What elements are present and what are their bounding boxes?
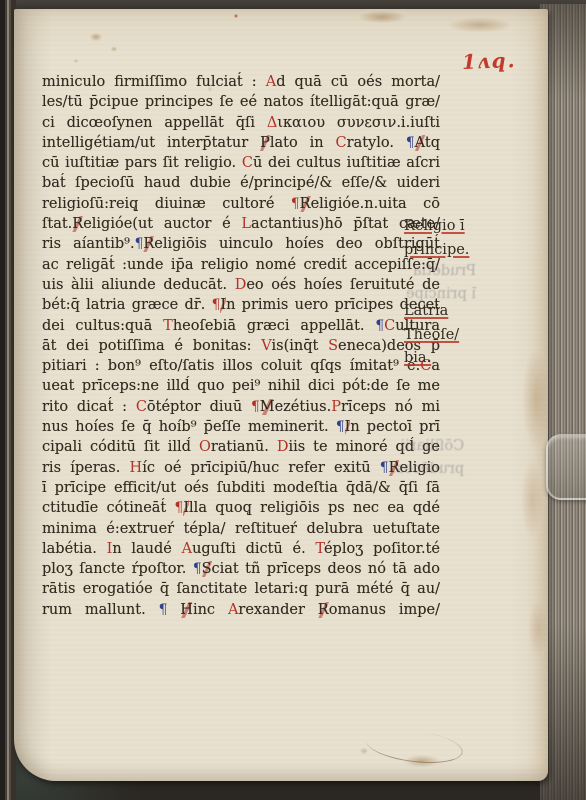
text-segment: V — [261, 338, 271, 354]
text-segment: R — [389, 460, 400, 476]
text-line: bat́ ſpecioſū haud dubie é/principé/& eſ… — [42, 173, 440, 193]
margin-note-line: bia. — [404, 347, 459, 371]
text-line: ris aíantib⁹.¶Religiōis uinculo hoíes de… — [42, 234, 440, 254]
text-segment: P — [331, 399, 341, 415]
text-line: ī prīcipe efficit/ut oés ſubditi modeſti… — [42, 478, 440, 498]
text-line: religioſū:reiq̨ diuinæ cultoré ¶Religióe… — [42, 194, 440, 214]
text-segment: C — [336, 135, 347, 151]
text-line: les/tū p̄cipue principes ſe eé natos íte… — [42, 92, 440, 112]
pilcrow-mark: ¶ — [291, 196, 300, 212]
text-line: intelligétiam/ut interp̄tatur Plato in C… — [42, 133, 440, 153]
text-segment: A — [182, 541, 192, 557]
text-segment: uis àlii aliunde deducāt. — [42, 277, 235, 293]
text-segment: lato in — [270, 135, 336, 151]
text-segment: D — [235, 277, 247, 293]
pilcrow-mark: ¶ — [135, 236, 144, 252]
text-line: ploʒ ſancte ŕpoſtor. ¶Sciat tñ prīceps d… — [42, 559, 440, 579]
text-segment: ris aíantib⁹. — [42, 236, 135, 252]
text-segment: ctitudīe cótineāt́ — [42, 500, 175, 516]
pilcrow-mark: ¶ — [193, 561, 202, 577]
text-line: bét:q̄ latria græce dr̄. ¶In primis uero… — [42, 295, 440, 315]
text-segment: is(inq̄t — [272, 338, 329, 354]
text-segment: íc oé prīcipiū/huc refer exitū — [142, 460, 380, 476]
text-line: nus hoíes ſe q̄ hoíb⁹ p̄eſſe meminerit. … — [42, 417, 440, 437]
text-segment: ſtat. — [42, 216, 72, 232]
text-segment: eligióe.n.uita cō — [311, 196, 440, 212]
text-segment: P — [260, 135, 270, 151]
text-segment: rīceps nó mi — [341, 399, 440, 415]
text-segment: ōtéptor diuū — [147, 399, 251, 415]
pilcrow-mark: ¶ — [406, 135, 415, 151]
text-segment: ū dei cultus iuſtitiæ aſcri — [253, 155, 440, 171]
text-segment: omanus impe/ — [329, 602, 440, 618]
text-segment: cū iuſtitiæ pars ſit religio. — [42, 155, 242, 171]
text-segment: R — [318, 602, 329, 618]
text-segment: éploʒ poſitor.té — [324, 541, 440, 557]
text-line: miniculo firmiſſimo fulciat́ : Ad quā cū… — [42, 72, 440, 92]
margin-note-line: principe. — [404, 239, 469, 263]
text-segment: eo oés hoíes ſeruituté de — [246, 277, 440, 293]
text-segment: S — [328, 338, 338, 354]
text-segment: labétia. — [42, 541, 107, 557]
text-segment: eligióe(ut auctor é — [83, 216, 241, 232]
text-block: miniculo firmiſſimo fulciat́ : Ad quā cū… — [42, 72, 440, 620]
text-segment: n pectoī prī — [350, 419, 440, 435]
text-segment: dei cultus:quā — [42, 318, 163, 334]
bottom-stain-crack — [364, 725, 464, 768]
text-segment: ī prīcipe efficit/ut oés ſubditi modeſti… — [42, 480, 440, 496]
margin-note-line: Latria — [404, 300, 459, 324]
text-line: ac religāt́ :unde ip̄a religio nomé cred… — [42, 255, 440, 275]
text-segment: rum mallunt. — [42, 602, 159, 618]
margin-note-line: Theoſe/ — [404, 324, 459, 348]
text-segment: A — [415, 135, 425, 151]
text-segment: ris íperas. — [42, 460, 130, 476]
text-segment: cipali códitū ſit illd́ — [42, 439, 199, 455]
text-line: rātis erogatióe q̄ ſanctitate letari:q p… — [42, 579, 440, 599]
pilcrow-mark: ¶ — [251, 399, 260, 415]
folio-number: 1ʌq. — [462, 48, 517, 74]
text-segment: C — [136, 399, 147, 415]
pilcrow-mark: ¶ — [336, 419, 345, 435]
text-segment: L — [241, 216, 251, 232]
text-line: uis àlii aliunde deducāt. Deo oés hoíes … — [42, 275, 440, 295]
text-segment: A — [266, 74, 276, 90]
text-segment: ratylo. — [347, 135, 406, 151]
text-segment — [167, 602, 180, 618]
text-segment: C — [242, 155, 253, 171]
text-line: ctitudīe cótineāt́ ¶Illa quoq̨ religiōis… — [42, 498, 440, 518]
pilcrow-mark: ¶ — [175, 500, 184, 516]
text-line: dei cultus:quā Theoſebiā græci appellāt.… — [42, 316, 440, 336]
text-segment: R — [72, 216, 83, 232]
text-line: labétia. In laudé Auguſti dictū é. Téplo… — [42, 539, 440, 559]
text-segment: ciat tñ prīceps deos nó tā ado — [212, 561, 440, 577]
pilcrow-mark: ¶ — [380, 460, 389, 476]
page-holder-clip — [546, 434, 586, 500]
text-segment: bét:q̄ latria græce dr̄. — [42, 297, 212, 313]
text-segment: ac religāt́ :unde ip̄a religio nomé cred… — [42, 257, 440, 273]
text-segment: D — [277, 439, 289, 455]
text-segment: C — [384, 318, 395, 334]
manuscript-page: 1ʌq. miniculo firmiſſimo fulciat́ : Ad q… — [14, 9, 548, 781]
text-segment: religioſū:reiq̨ diuinæ cultoré — [42, 196, 291, 212]
text-segment: les/tū p̄cipue principes ſe eé natos íte… — [42, 94, 440, 110]
text-segment: T — [315, 541, 324, 557]
text-segment: A — [228, 602, 238, 618]
text-segment: T — [163, 318, 173, 334]
text-segment: ratianū. — [211, 439, 277, 455]
text-segment: R — [143, 236, 154, 252]
book-photo: 1ʌq. miniculo firmiſſimo fulciat́ : Ad q… — [0, 0, 586, 800]
text-line: ris íperas. Híc oé prīcipiū/huc refer ex… — [42, 458, 440, 478]
text-segment: minima é:extrueŕ tépla/ reſtitueŕ delubr… — [42, 521, 440, 537]
text-segment: heoſebiā græci appellāt. — [173, 318, 376, 334]
text-segment: eligio — [399, 460, 440, 476]
text-segment: nus hoíes ſe q̄ hoíb⁹ p̄eſſe meminerit. — [42, 419, 336, 435]
text-line: āt dei potiſſima é bonitas: Vis(inq̄t Se… — [42, 336, 440, 356]
text-segment: inc — [193, 602, 228, 618]
text-line: ſtat.Religióe(ut auctor é Lactantius)hō … — [42, 214, 440, 234]
text-segment: d quā cū oés morta/ — [276, 74, 440, 90]
text-segment: intelligétiam/ut interp̄tatur — [42, 135, 260, 151]
text-segment: M — [260, 399, 275, 415]
text-segment: tq — [425, 135, 440, 151]
text-segment: iis te minoré qd́ ge — [288, 439, 440, 455]
text-segment: eligiōis uinculo hoíes deo obſtrigūt́ — [154, 236, 440, 252]
text-segment: lla quoq̨ religiōis ps nec ea qdé — [189, 500, 440, 516]
text-line: cū iuſtitiæ pars ſit religio. Cū dei cul… — [42, 153, 440, 173]
text-segment: rexander — [238, 602, 317, 618]
text-line: pitiari : bon⁹ eſto/ſatis illos coluit q… — [42, 356, 440, 376]
text-segment: bat́ ſpecioſū haud dubie é/principé/& eſ… — [42, 175, 440, 191]
text-segment: H — [180, 602, 193, 618]
text-segment: ploʒ ſancte ŕpoſtor. — [42, 561, 193, 577]
text-line: ci dicœoſynen appellāt q̄ſi Δικαιου συνε… — [42, 113, 440, 133]
text-segment: pitiari : bon⁹ eſto/ſatis illos coluit q… — [42, 358, 420, 374]
text-segment: S — [202, 561, 212, 577]
text-line: rum mallunt. ¶ Hinc Arexander Romanus im… — [42, 600, 440, 620]
text-segment: āt dei potiſſima é bonitas: — [42, 338, 261, 354]
margin-note: Religio īprincipe. — [404, 215, 469, 262]
margin-note-line: Religio ī — [404, 215, 469, 239]
text-segment: n laudé — [112, 541, 181, 557]
text-segment: ueat prīceps:ne illd́ quo pei⁹ nihil dic… — [42, 378, 440, 394]
text-segment: uguſti dictū é. — [192, 541, 315, 557]
text-segment: ci dicœoſynen appellāt q̄ſi — [42, 115, 267, 131]
text-segment: O — [199, 439, 211, 455]
margin-note: LatriaTheoſe/bia. — [404, 300, 459, 371]
text-segment: rātis erogatióe q̄ ſanctitate letari:q p… — [42, 581, 440, 597]
text-line: minima é:extrueŕ tépla/ reſtitueŕ delubr… — [42, 519, 440, 539]
text-segment: miniculo firmiſſimo fulciat́ : — [42, 74, 266, 90]
text-segment: rito dicat́ : — [42, 399, 136, 415]
text-segment: Δ — [267, 115, 277, 131]
text-line: rito dicat́ : Cōtéptor diuū ¶Mezétius.Pr… — [42, 397, 440, 417]
text-segment: H — [130, 460, 143, 476]
text-segment: ικαιου συνεσιν.i.iuſti — [277, 115, 440, 131]
text-segment: R — [300, 196, 311, 212]
text-line: cipali códitū ſit illd́ Oratianū. Diis t… — [42, 437, 440, 457]
pilcrow-mark: ¶ — [375, 318, 384, 334]
text-line: ueat prīceps:ne illd́ quo pei⁹ nihil dic… — [42, 376, 440, 396]
text-segment: ezétius. — [275, 399, 332, 415]
